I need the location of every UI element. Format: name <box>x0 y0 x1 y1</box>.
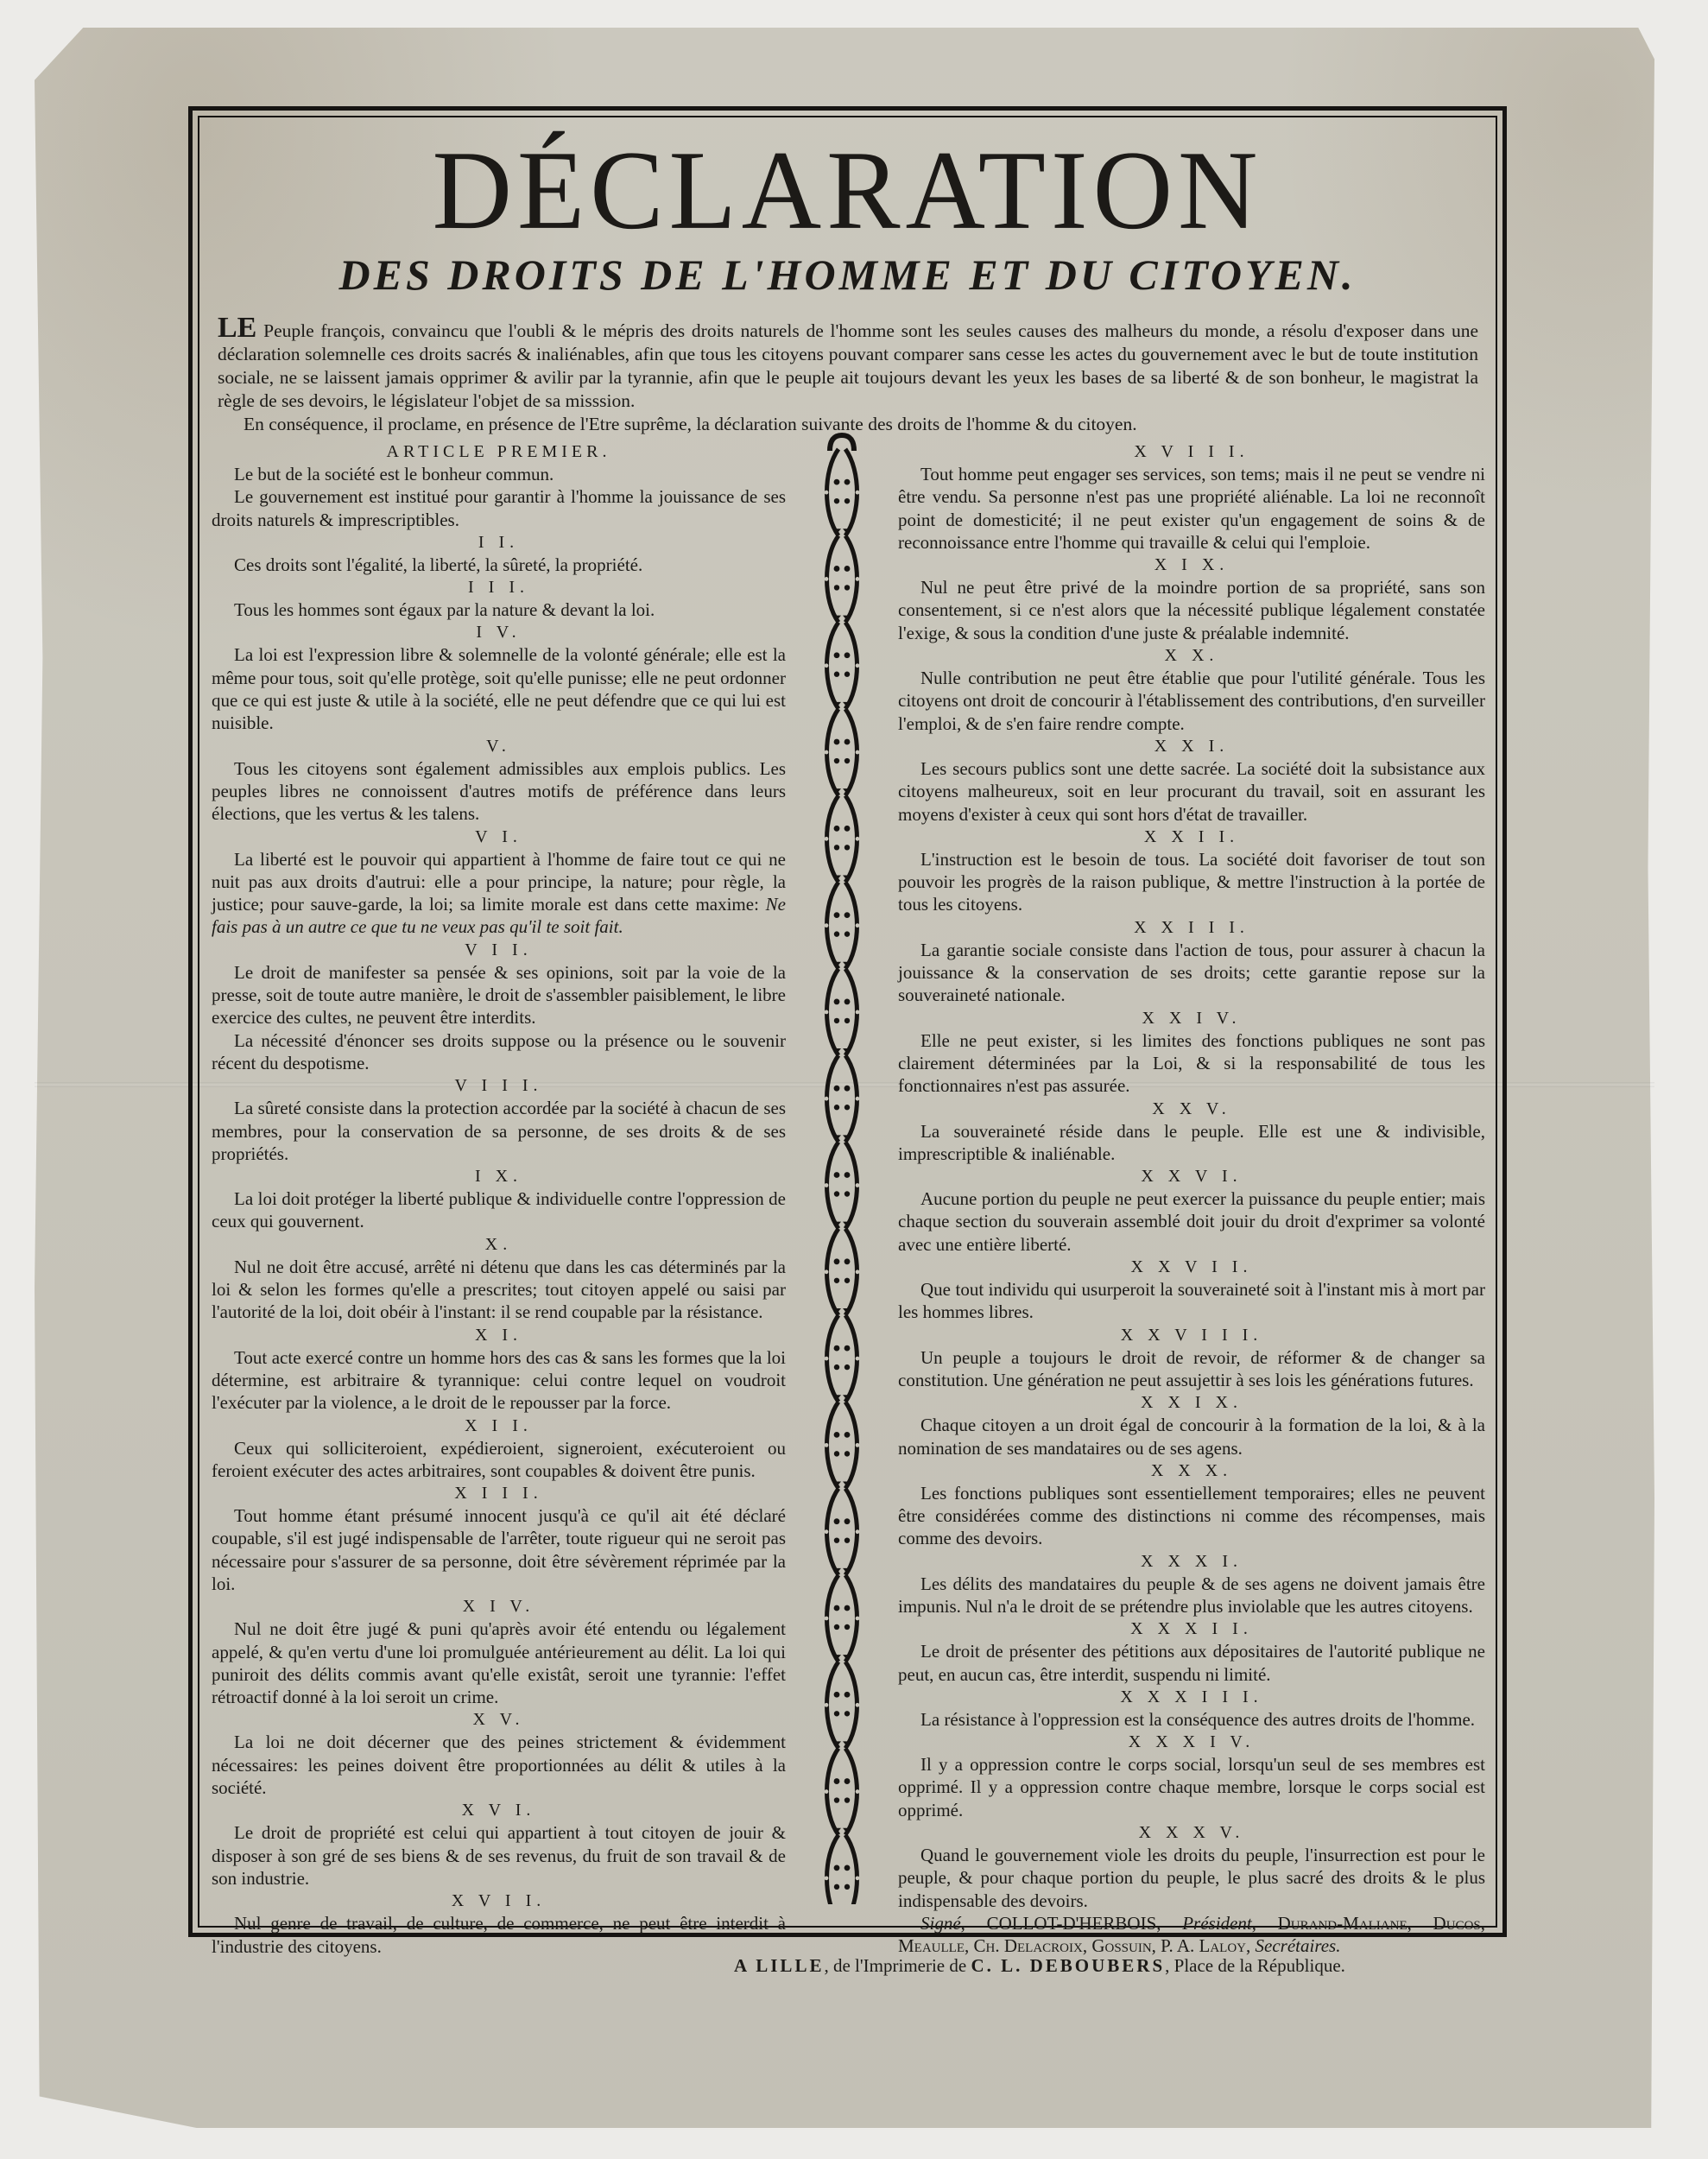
article-text-span: Que tout individu qui usurperoit la souv… <box>898 1279 1485 1322</box>
article-text-span: Ceux qui solliciteroient, expédieroient,… <box>212 1438 786 1481</box>
article-number: X X X I. <box>898 1550 1485 1573</box>
article-text-span: Le droit de manifester sa pensée & ses o… <box>212 962 786 1029</box>
article-text-span: La loi est l'expression libre & solemnel… <box>212 644 786 733</box>
article-text-span: Tout homme peut engager ses services, so… <box>898 464 1485 553</box>
article-number: X I V. <box>212 1595 786 1618</box>
article-number: X X I I I. <box>898 916 1485 939</box>
article-number: X X X V. <box>898 1821 1485 1844</box>
article-text-span: Aucune portion du peuple ne peut exercer… <box>898 1188 1485 1255</box>
article-text: L'instruction est le besoin de tous. La … <box>898 848 1485 916</box>
article-text: La liberté est le pouvoir qui appartient… <box>212 848 786 939</box>
signed-label: Signé <box>920 1913 961 1934</box>
article-text: Tout acte exercé contre un homme hors de… <box>212 1346 786 1415</box>
article-number: X. <box>212 1233 786 1256</box>
article-number: X X X I I. <box>898 1618 1485 1640</box>
article-text-span: Tout homme étant présumé innocent jusqu'… <box>212 1505 786 1594</box>
preamble-text-1: Peuple françois, convaincu que l'oubli &… <box>218 320 1478 411</box>
article-text-span: La nécessité d'énoncer ses droits suppos… <box>212 1030 786 1073</box>
article-text-span: La souveraineté réside dans le peuple. E… <box>898 1121 1485 1164</box>
article-number: X X X. <box>898 1459 1485 1482</box>
article-text: Elle ne peut exister, si les limites des… <box>898 1029 1485 1098</box>
article-text-span: La résistance à l'oppression est la cons… <box>920 1709 1475 1730</box>
article-text-span: Tous les hommes sont égaux par la nature… <box>234 599 655 620</box>
article-text: Chaque citoyen a un droit égal de concou… <box>898 1414 1485 1459</box>
article-number: V I I. <box>212 939 786 961</box>
article-number: X V. <box>212 1708 786 1731</box>
article-text: Le droit de présenter des pétitions aux … <box>898 1640 1485 1686</box>
article-number: X I X. <box>898 554 1485 576</box>
article-text-span: Les secours publics sont une dette sacré… <box>898 758 1485 825</box>
left-column-articles: ARTICLE PREMIER.Le but de la société est… <box>212 440 786 1958</box>
article-number: X X V I I I. <box>898 1324 1485 1346</box>
article-text: La garantie sociale consiste dans l'acti… <box>898 939 1485 1007</box>
article-text-span: Elle ne peut exister, si les limites des… <box>898 1030 1485 1097</box>
article-text-span: L'instruction est le besoin de tous. La … <box>898 849 1485 915</box>
article-text-span: Chaque citoyen a un droit égal de concou… <box>898 1415 1485 1458</box>
article-text-span: La sûreté consiste dans la protection ac… <box>212 1098 786 1164</box>
article-number: X V I I I. <box>898 440 1485 463</box>
dropcap: LE <box>218 312 256 344</box>
right-column-articles: X V I I I.Tout homme peut engager ses se… <box>898 440 1485 1958</box>
article-number: X X V I I. <box>898 1256 1485 1278</box>
article-text: Le but de la société est le bonheur comm… <box>212 463 786 485</box>
document-title: DÉCLARATION <box>188 129 1507 252</box>
article-text: La sûreté consiste dans la protection ac… <box>212 1097 786 1165</box>
article-text-span: Tout acte exercé contre un homme hors de… <box>212 1347 786 1414</box>
article-text-span: Nul ne doit être jugé & puni qu'après av… <box>212 1618 786 1707</box>
article-number: X X I V. <box>898 1007 1485 1029</box>
article-number: X I I. <box>212 1415 786 1437</box>
article-number: I X. <box>212 1165 786 1187</box>
article-number: I V. <box>212 621 786 643</box>
article-text: Les délits des mandataires du peuple & d… <box>898 1573 1485 1618</box>
sep: , <box>961 1913 987 1934</box>
article-text: La loi ne doit décerner que des peines s… <box>212 1731 786 1799</box>
article-number: ARTICLE PREMIER. <box>212 440 786 463</box>
article-text: Tout homme étant présumé innocent jusqu'… <box>212 1504 786 1595</box>
article-text: Le gouvernement est institué pour garant… <box>212 485 786 531</box>
article-text: Tous les hommes sont égaux par la nature… <box>212 598 786 621</box>
article-text-span: Nul ne doit être accusé, arrêté ni déten… <box>212 1257 786 1323</box>
article-text-span: Le gouvernement est institué pour garant… <box>212 486 786 529</box>
article-number: X X V I. <box>898 1165 1485 1187</box>
printer-imprint: A LILLE, de l'Imprimerie de C. L. DEBOUB… <box>734 1953 1345 1978</box>
article-number: V. <box>212 735 786 757</box>
article-text-span: La loi doit protéger la liberté publique… <box>212 1188 786 1231</box>
article-text-span: Nul ne peut être privé de la moindre por… <box>898 577 1485 643</box>
article-text: La nécessité d'énoncer ses droits suppos… <box>212 1029 786 1075</box>
article-text-span: La loi ne doit décerner que des peines s… <box>212 1732 786 1798</box>
article-number: V I. <box>212 826 786 848</box>
preamble-paragraph-1: LE Peuple françois, convaincu que l'oubl… <box>218 316 1478 413</box>
article-text: Un peuple a toujours le droit de revoir,… <box>898 1346 1485 1392</box>
president-title: Président <box>1182 1913 1251 1934</box>
article-text: La résistance à l'oppression est la cons… <box>898 1708 1485 1731</box>
article-text-span: Le droit de présenter des pétitions aux … <box>898 1641 1485 1684</box>
article-text-span: Les fonctions publiques sont essentielle… <box>898 1483 1485 1549</box>
article-number: X X V. <box>898 1098 1485 1120</box>
article-text: Nul ne doit être accusé, arrêté ni déten… <box>212 1256 786 1324</box>
article-number: X X I I. <box>898 826 1485 848</box>
article-text-span: Quand le gouvernement viole les droits d… <box>898 1845 1485 1911</box>
article-number: X I. <box>212 1324 786 1346</box>
sep: , <box>1156 1913 1182 1934</box>
article-text: Nulle contribution ne peut être établie … <box>898 667 1485 735</box>
article-text: Que tout individu qui usurperoit la souv… <box>898 1278 1485 1324</box>
article-text-span: Ces droits sont l'égalité, la liberté, l… <box>234 554 642 575</box>
article-text-span: Un peuple a toujours le droit de revoir,… <box>898 1347 1485 1390</box>
article-text-span: La liberté est le pouvoir qui appartient… <box>212 849 786 915</box>
article-number: X V I I. <box>212 1890 786 1912</box>
article-text: Il y a oppression contre le corps social… <box>898 1753 1485 1821</box>
article-text: Quand le gouvernement viole les droits d… <box>898 1844 1485 1912</box>
article-text: Les secours publics sont une dette sacré… <box>898 757 1485 826</box>
article-number: X V I. <box>212 1799 786 1821</box>
article-text-span: Tous les citoyens sont également admissi… <box>212 758 786 825</box>
preamble: LE Peuple françois, convaincu que l'oubl… <box>218 316 1478 436</box>
sep: , <box>1252 1913 1278 1934</box>
article-text: Nul ne doit être jugé & puni qu'après av… <box>212 1618 786 1708</box>
article-text: Aucune portion du peuple ne peut exercer… <box>898 1187 1485 1256</box>
article-text-span: Nul genre de travail, de culture, de com… <box>212 1913 786 1956</box>
article-number: X X X I V. <box>898 1731 1485 1753</box>
article-text: Les fonctions publiques sont essentielle… <box>898 1482 1485 1550</box>
article-number: X I I I. <box>212 1482 786 1504</box>
article-text: Nul ne peut être privé de la moindre por… <box>898 576 1485 644</box>
article-number: X X I. <box>898 735 1485 757</box>
article-number: V I I I. <box>212 1074 786 1097</box>
article-number: X X. <box>898 644 1485 667</box>
article-number: I I I. <box>212 576 786 598</box>
article-text: La loi est l'expression libre & solemnel… <box>212 643 786 734</box>
article-text: Le droit de propriété est celui qui appa… <box>212 1821 786 1890</box>
article-text: Tout homme peut engager ses services, so… <box>898 463 1485 554</box>
article-text-span: Il y a oppression contre le corps social… <box>898 1754 1485 1820</box>
president-name: COLLOT-D'HERBOIS <box>987 1913 1157 1934</box>
article-text: La loi doit protéger la liberté publique… <box>212 1187 786 1233</box>
article-number: X X I X. <box>898 1391 1485 1414</box>
article-text-span: Le droit de propriété est celui qui appa… <box>212 1822 786 1889</box>
article-text-span: Nulle contribution ne peut être établie … <box>898 668 1485 734</box>
article-text: Ceux qui solliciteroient, expédieroient,… <box>212 1437 786 1483</box>
article-text-span: La garantie sociale consiste dans l'acti… <box>898 940 1485 1006</box>
imprint-text-1: , de l'Imprimerie de <box>824 1955 971 1976</box>
article-number: X X X I I I. <box>898 1686 1485 1708</box>
imprint-city: A LILLE <box>734 1955 824 1976</box>
vine-scroll-ornament-icon <box>818 432 866 1904</box>
article-text: Ces droits sont l'égalité, la liberté, l… <box>212 554 786 576</box>
imprint-text-2: , Place de la République. <box>1165 1955 1345 1976</box>
article-number: I I. <box>212 531 786 554</box>
document-subtitle: DES DROITS DE L'HOMME ET DU CITOYEN. <box>188 249 1507 301</box>
article-text: Nul genre de travail, de culture, de com… <box>212 1912 786 1958</box>
article-text-span: Les délits des mandataires du peuple & d… <box>898 1573 1485 1617</box>
article-text: Tous les citoyens sont également admissi… <box>212 757 786 826</box>
imprint-printer: C. L. DEBOUBERS <box>971 1955 1165 1976</box>
article-text: Le droit de manifester sa pensée & ses o… <box>212 961 786 1029</box>
signature-block: Signé, COLLOT-D'HERBOIS, Président, Dura… <box>898 1912 1485 1958</box>
article-text-span: Le but de la société est le bonheur comm… <box>234 464 554 484</box>
article-text: La souveraineté réside dans le peuple. E… <box>898 1120 1485 1166</box>
